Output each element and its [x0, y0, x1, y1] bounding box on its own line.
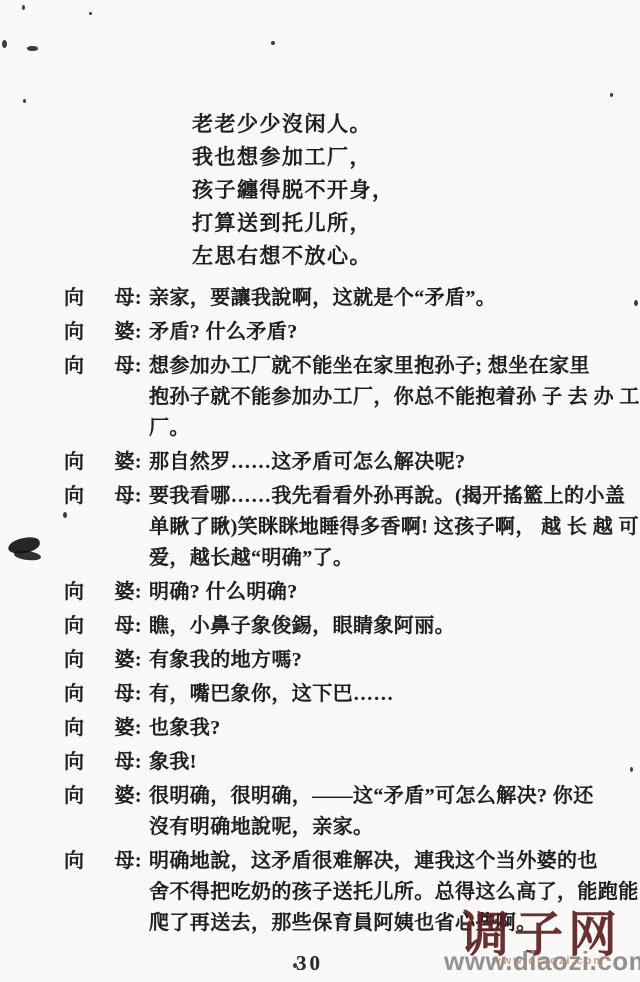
dialogue-lines: 那自然罗……这矛盾可怎么解决呢?	[149, 447, 636, 478]
verse-line: 我也想参加工厂，	[192, 141, 395, 174]
dialogue-line: 明确地說，这矛盾很难解决，連我这个当外婆的也	[149, 846, 636, 877]
speaker-label: 向婆:	[64, 781, 142, 812]
speaker-surname: 向	[64, 283, 84, 314]
speaker-role: 婆:	[115, 447, 142, 478]
speaker-surname: 向	[64, 481, 84, 512]
speaker-surname: 向	[64, 781, 84, 812]
verse-line: 打算送到托儿所，	[192, 207, 395, 240]
dialogue-line: 瞧，小鼻子象俊錫，眼睛象阿丽。	[149, 611, 636, 642]
dialogue-line: 爬了再送去，那些保育員阿姨也省心些啊。	[149, 908, 636, 939]
watermark-url-faint: www.diaozi.com	[492, 955, 605, 967]
speaker-role: 婆:	[115, 645, 142, 676]
dialogue-entry: 向母:象我!	[64, 747, 636, 778]
speaker-label: 向母:	[64, 283, 142, 314]
ink-speck	[293, 963, 297, 968]
dialogue-entry: 向婆:很明确，很明确，——这“矛盾”可怎么解决? 你还沒有明确地說呢，亲家。	[64, 781, 636, 843]
ink-speck	[27, 46, 38, 51]
dialogue-line: 也象我?	[149, 713, 636, 744]
dialogue-line: 有，嘴巴象你，这下巴……	[149, 679, 636, 710]
scanned-book-page: 老老少少沒闲人。我也想参加工厂，孩子纏得脱不开身，打算送到托儿所，左思右想不放心…	[0, 0, 640, 982]
dialogue-entry: 向婆:也象我?	[64, 713, 636, 744]
dialogue-entry: 向母:想参加办工厂就不能坐在家里抱孙子; 想坐在家里抱孙子就不能参加办工厂，你总…	[64, 351, 636, 444]
speaker-role: 母:	[115, 611, 142, 642]
speaker-role: 母:	[115, 679, 142, 710]
dialogue-entry: 向母:瞧，小鼻子象俊錫，眼睛象阿丽。	[64, 611, 636, 642]
ink-speck	[634, 300, 638, 306]
speaker-surname: 向	[64, 846, 84, 877]
dialogue-line: 矛盾? 什么矛盾?	[149, 317, 636, 348]
speaker-surname: 向	[64, 679, 84, 710]
speaker-label: 向母:	[64, 846, 142, 877]
speaker-label: 向婆:	[64, 577, 142, 608]
speaker-surname: 向	[64, 713, 84, 744]
speaker-surname: 向	[64, 645, 84, 676]
dialogue-entry: 向婆:有象我的地方嗎?	[64, 645, 636, 676]
speaker-surname: 向	[64, 447, 84, 478]
ink-speck	[23, 99, 26, 103]
dialogue-entry: 向婆:明确? 什么明确?	[64, 577, 636, 608]
dialogue-line: 要我看哪……我先看看外孙再說。(揭开搖籃上的小盖	[149, 481, 636, 512]
ink-speck	[610, 93, 613, 97]
speaker-label: 向母:	[64, 679, 142, 710]
speaker-label: 向婆:	[64, 447, 142, 478]
ink-speck	[22, 5, 25, 10]
dialogue-line: 很明确，很明确，——这“矛盾”可怎么解决? 你还	[149, 781, 636, 812]
dialogue-line: 沒有明确地說呢，亲家。	[149, 812, 636, 843]
dialogue-lines: 象我!	[149, 747, 636, 778]
speaker-label: 向婆:	[64, 317, 142, 348]
dialogue-entry: 向母:亲家，要讓我說啊，这就是个“矛盾”。	[64, 283, 636, 314]
speaker-surname: 向	[64, 317, 84, 348]
verse-line: 左思右想不放心。	[192, 240, 395, 273]
speaker-surname: 向	[64, 577, 84, 608]
speaker-label: 向母:	[64, 747, 142, 778]
dialogue-block: 向母:亲家，要讓我說啊，这就是个“矛盾”。向婆:矛盾? 什么矛盾?向母:想参加办…	[64, 283, 636, 942]
speaker-surname: 向	[64, 747, 84, 778]
dialogue-line: 厂。	[149, 413, 636, 444]
dialogue-entry: 向母:要我看哪……我先看看外孙再說。(揭开搖籃上的小盖单瞅了瞅)笑眯眯地睡得多香…	[64, 481, 636, 574]
verse-line: 老老少少沒闲人。	[192, 108, 395, 141]
speaker-label: 向母:	[64, 351, 142, 382]
dialogue-line: 明确? 什么明确?	[149, 577, 636, 608]
dialogue-line: 抱孙子就不能参加办工厂，你总不能抱着孙 子 去 办 工	[149, 382, 636, 413]
dialogue-entry: 向婆:那自然罗……这矛盾可怎么解决呢?	[64, 447, 636, 478]
ink-smudge	[14, 550, 42, 561]
speaker-role: 母:	[115, 747, 142, 778]
dialogue-line: 那自然罗……这矛盾可怎么解决呢?	[149, 447, 636, 478]
speaker-role: 母:	[115, 283, 142, 314]
speaker-label: 向婆:	[64, 713, 142, 744]
verse-block: 老老少少沒闲人。我也想参加工厂，孩子纏得脱不开身，打算送到托儿所，左思右想不放心…	[192, 108, 395, 273]
speaker-label: 向母:	[64, 611, 142, 642]
dialogue-lines: 明确地說，这矛盾很难解决，連我这个当外婆的也舍不得把吃奶的孩子送托儿所。总得这么…	[149, 846, 636, 939]
ink-speck	[271, 41, 275, 45]
speaker-role: 母:	[115, 846, 142, 877]
dialogue-entry: 向母:明确地說，这矛盾很难解决，連我这个当外婆的也舍不得把吃奶的孩子送托儿所。总…	[64, 846, 636, 939]
dialogue-line: 爱，越长越“明确”了。	[149, 543, 636, 574]
speaker-role: 婆:	[115, 577, 142, 608]
dialogue-line: 舍不得把吃奶的孩子送托儿所。总得这么高了，能跑能	[149, 877, 636, 908]
speaker-role: 婆:	[115, 713, 142, 744]
dialogue-line: 想参加办工厂就不能坐在家里抱孙子; 想坐在家里	[149, 351, 636, 382]
speaker-role: 婆:	[115, 317, 142, 348]
verse-line: 孩子纏得脱不开身，	[192, 174, 395, 207]
dialogue-lines: 有象我的地方嗎?	[149, 645, 636, 676]
speaker-label: 向婆:	[64, 645, 142, 676]
dialogue-lines: 有，嘴巴象你，这下巴……	[149, 679, 636, 710]
ink-speck	[89, 12, 92, 15]
dialogue-lines: 要我看哪……我先看看外孙再說。(揭开搖籃上的小盖单瞅了瞅)笑眯眯地睡得多香啊! …	[149, 481, 636, 574]
speaker-role: 婆:	[115, 781, 142, 812]
speaker-role: 母:	[115, 351, 142, 382]
speaker-label: 向母:	[64, 481, 142, 512]
ink-speck	[630, 767, 633, 772]
dialogue-line: 单瞅了瞅)笑眯眯地睡得多香啊! 这孩子啊， 越 长 越 可	[149, 512, 636, 543]
dialogue-lines: 想参加办工厂就不能坐在家里抱孙子; 想坐在家里抱孙子就不能参加办工厂，你总不能抱…	[149, 351, 636, 444]
dialogue-lines: 很明确，很明确，——这“矛盾”可怎么解决? 你还沒有明确地說呢，亲家。	[149, 781, 636, 843]
speaker-surname: 向	[64, 351, 84, 382]
dialogue-lines: 明确? 什么明确?	[149, 577, 636, 608]
dialogue-lines: 亲家，要讓我說啊，这就是个“矛盾”。	[149, 283, 636, 314]
dialogue-line: 亲家，要讓我說啊，这就是个“矛盾”。	[149, 283, 636, 314]
dialogue-line: 有象我的地方嗎?	[149, 645, 636, 676]
dialogue-lines: 矛盾? 什么矛盾?	[149, 317, 636, 348]
speaker-role: 母:	[115, 481, 142, 512]
watermark-url: www.diaozi.com	[444, 946, 640, 977]
ink-speck	[63, 512, 67, 518]
dialogue-lines: 瞧，小鼻子象俊錫，眼睛象阿丽。	[149, 611, 636, 642]
dialogue-entry: 向母:有，嘴巴象你，这下巴……	[64, 679, 636, 710]
ink-speck	[2, 40, 7, 48]
dialogue-entry: 向婆:矛盾? 什么矛盾?	[64, 317, 636, 348]
dialogue-line: 象我!	[149, 747, 636, 778]
page-number: 30	[296, 951, 323, 976]
speaker-surname: 向	[64, 611, 84, 642]
dialogue-lines: 也象我?	[149, 713, 636, 744]
